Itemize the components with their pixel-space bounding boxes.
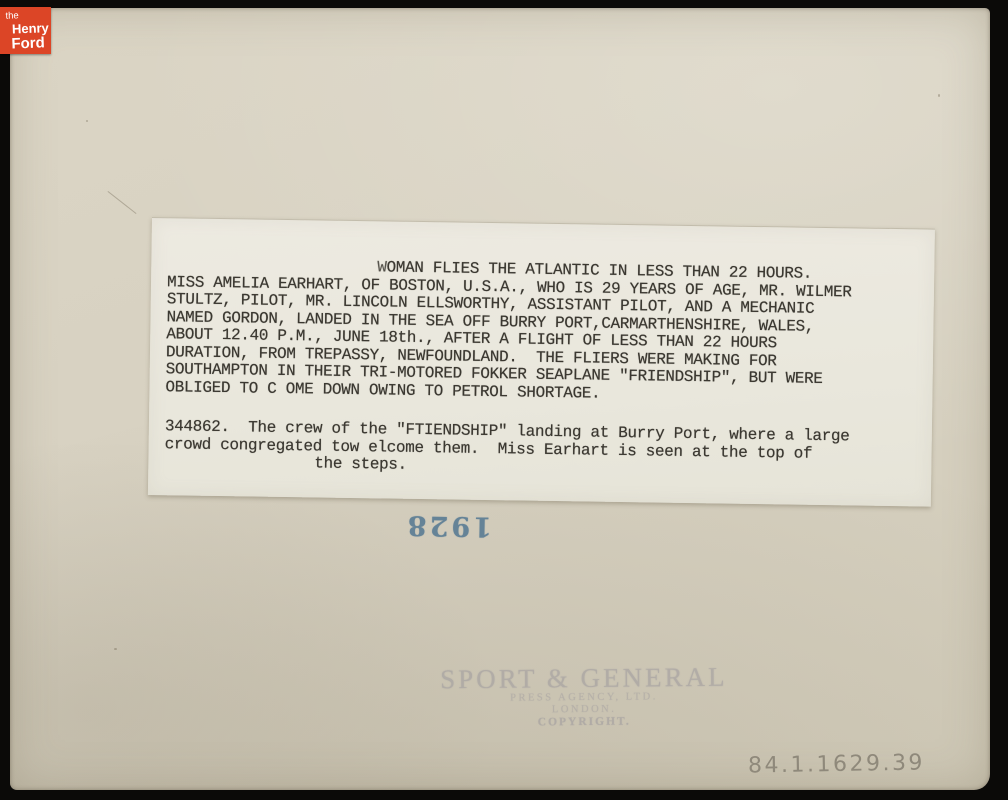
agency-stamp-copyright: COPYRIGHT. <box>428 715 740 731</box>
agency-ink-stamp: SPORT & GENERAL PRESS AGENCY, LTD. LONDO… <box>428 663 741 731</box>
photo-scan: the Henry Ford WOMAN FLIES THE ATLANTIC … <box>0 0 1008 800</box>
year-date-stamp: 1928 <box>406 509 493 540</box>
agency-stamp-name: SPORT & GENERAL <box>428 663 740 694</box>
paper-crease <box>108 191 137 214</box>
henry-ford-logo-text: the Henry Ford <box>3 10 49 51</box>
paper-speck <box>114 648 117 650</box>
typed-caption-label: WOMAN FLIES THE ATLANTIC IN LESS THAN 22… <box>148 217 935 507</box>
logo-word-ford: Ford <box>11 35 49 51</box>
logo-word-henry: Henry <box>12 21 49 35</box>
catalog-number-handwriting: 84.1.1629.39 <box>748 750 925 778</box>
paper-speck <box>938 94 940 97</box>
henry-ford-logo: the Henry Ford <box>0 7 51 54</box>
paper-speck <box>86 120 88 122</box>
